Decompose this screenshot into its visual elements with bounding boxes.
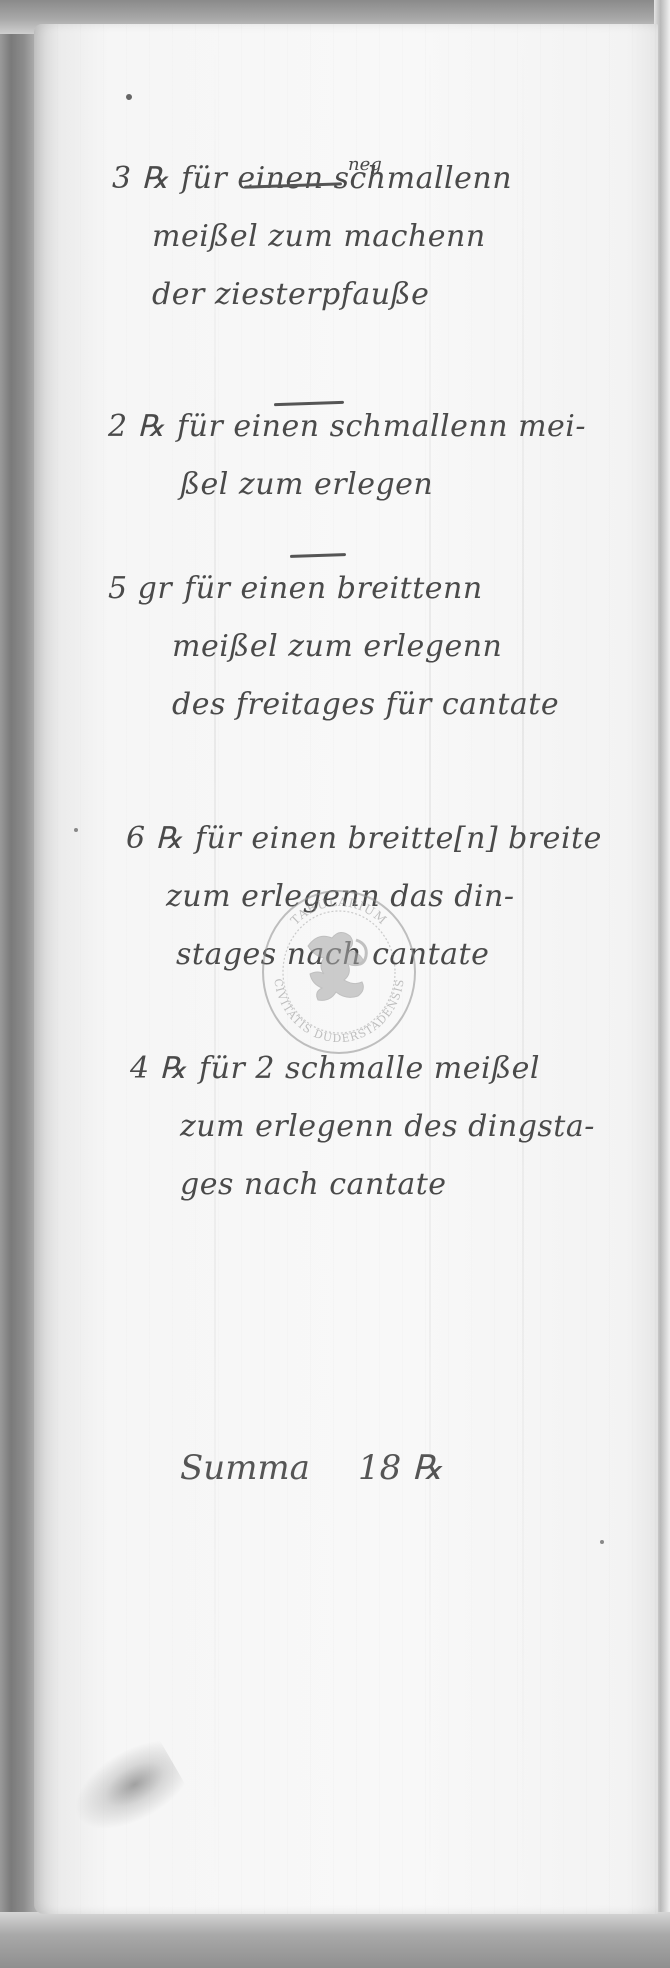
entry-line: 2 ℞für einen schmallenn mei- <box>108 398 586 456</box>
entry-line: zum erlegenn des dingsta- <box>130 1098 595 1156</box>
paper-speck <box>74 828 78 832</box>
entry-line: ges nach cantate <box>130 1156 595 1214</box>
ledger-entry: 5 grfür einen breittenn meißel zum erleg… <box>108 560 559 734</box>
entry-amount: 6 ℞ <box>126 821 183 856</box>
superscript-correction: neg <box>348 154 382 175</box>
entry-line: 6 ℞für einen breitte[n] breite <box>126 810 602 868</box>
ledger-entry: 4 ℞für 2 schmalle meißel zum erlegenn de… <box>130 1040 595 1214</box>
archive-seal-stamp: TABULARIUM CIVITATIS DUDERSTADENSIS <box>260 888 418 1056</box>
entry-line: ßel zum erlegen <box>108 456 586 514</box>
entry-amount: 3 ℞ <box>112 161 169 196</box>
ink-speck <box>126 94 132 100</box>
entry-line: der ziesterpfauße <box>112 266 512 324</box>
entry-line: 5 grfür einen breittenn <box>108 560 559 618</box>
entry-line: des freitages für cantate <box>108 676 559 734</box>
total-value: 18 ℞ <box>358 1448 443 1488</box>
page-edge-bottom <box>0 1912 670 1968</box>
paper-speck <box>600 1540 604 1544</box>
entry-amount: 5 gr <box>108 571 172 606</box>
entry-amount: 2 ℞ <box>108 409 165 444</box>
total-label: Summa <box>180 1448 310 1488</box>
lion-emblem-icon <box>308 932 366 1000</box>
entry-line: meißel zum machenn <box>112 208 512 266</box>
entry-line: 4 ℞für 2 schmalle meißel <box>130 1040 595 1098</box>
ledger-total: Summa18 ℞ <box>180 1448 443 1488</box>
entry-amount: 4 ℞ <box>130 1051 187 1086</box>
entry-line: 3 ℞für einen schmallenn <box>112 150 512 208</box>
entry-line: meißel zum erlegenn <box>108 618 559 676</box>
ledger-entry: 3 ℞für einen schmallenn meißel zum mache… <box>112 150 512 324</box>
ledger-entry: 2 ℞für einen schmallenn mei- ßel zum erl… <box>108 398 586 514</box>
manuscript-scan: 3 ℞für einen schmallenn meißel zum mache… <box>0 0 670 1968</box>
